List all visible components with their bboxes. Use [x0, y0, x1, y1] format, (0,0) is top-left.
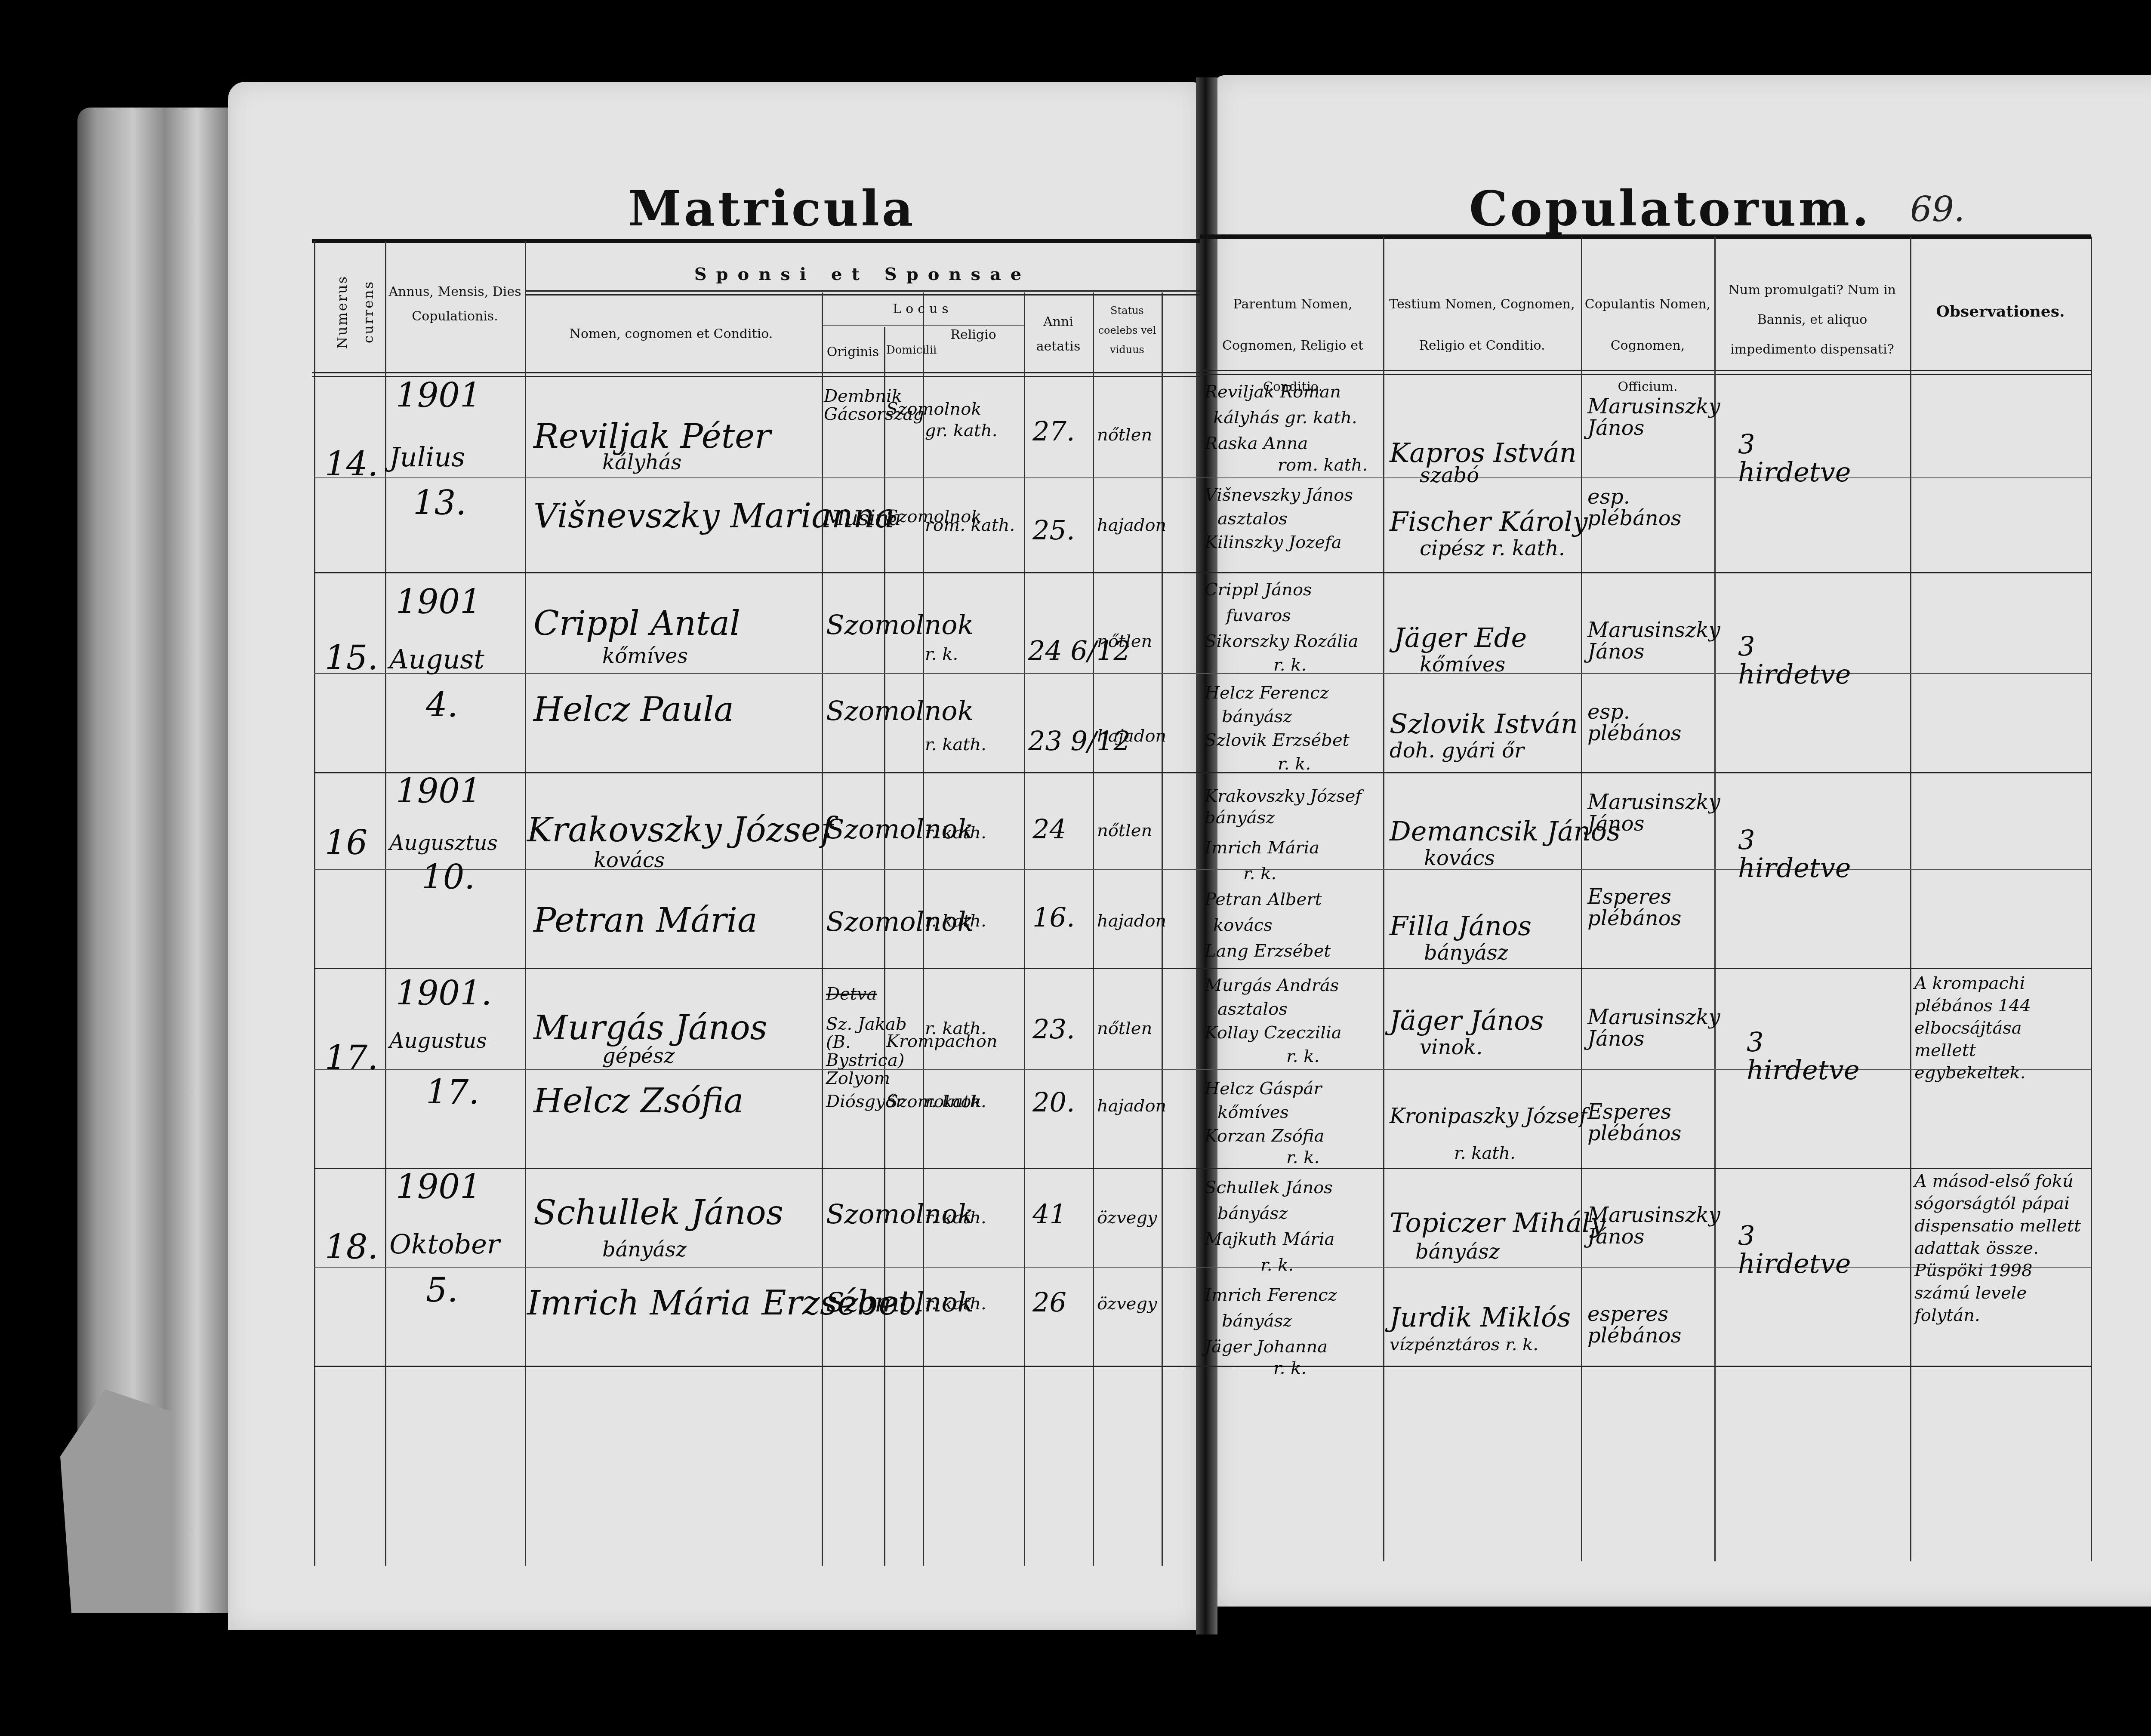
- groom-religion: gr. kath.: [925, 422, 997, 440]
- header-banns: Num promulgati? Num in Bannis, et aliquo…: [1716, 275, 1908, 364]
- witness-2: Szlovik István: [1390, 710, 1578, 738]
- entry-number: 18.: [325, 1230, 378, 1265]
- witness-1-condition: szabó: [1420, 465, 1479, 486]
- register-title-right: Copulatorum.: [1469, 181, 1871, 237]
- bride-father: Petran Albert: [1205, 890, 1322, 908]
- entry-number: 16: [325, 826, 367, 861]
- witness-2-condition: r. kath.: [1454, 1144, 1516, 1162]
- bride-father: Višnevszky János: [1205, 486, 1353, 504]
- entry-day: 10.: [422, 860, 475, 896]
- bride-name: Helcz Paula: [533, 693, 734, 728]
- groom-origin: Sz. Jakab (B. Bystrica) Zolyom: [826, 1015, 921, 1087]
- groom-father-condition: asztalos: [1217, 1000, 1288, 1018]
- groom-religion: r. kath.: [925, 1209, 986, 1227]
- banns-status: 3 hirdetve: [1738, 826, 1850, 882]
- witness-2: Kronipaszky József: [1390, 1105, 1587, 1127]
- groom-mother: Raska Anna: [1205, 434, 1308, 452]
- groom-occupation: bányász: [602, 1239, 687, 1260]
- entry-number: 15.: [325, 641, 378, 676]
- officiant-office: esp. plébános: [1587, 701, 1712, 745]
- witness-1: Kapros István: [1390, 439, 1577, 467]
- groom-domicile: Krompachon: [886, 1032, 923, 1050]
- bride-religion: r. kath.: [925, 912, 986, 930]
- bride-status: hajadon: [1097, 516, 1166, 534]
- col-line: [1383, 237, 1384, 1561]
- bride-religion: rom. kath.: [925, 516, 1015, 534]
- banns-status: 3 hirdetve: [1747, 1028, 1850, 1084]
- col-line: [1024, 292, 1025, 1566]
- officiant-name: Marusinszky János: [1587, 1204, 1712, 1248]
- header-officiant: Copulantis Nomen, Cognomen, Officium.: [1583, 284, 1712, 408]
- officiant-name: Marusinszky János: [1587, 1007, 1712, 1050]
- entry-number: 17.: [325, 1041, 378, 1076]
- header-numerus: Numerus currens: [329, 254, 382, 370]
- entry-year: 1901: [396, 1170, 481, 1205]
- entry-day: 17.: [426, 1075, 479, 1111]
- groom-father-condition: bányász: [1205, 809, 1275, 827]
- witness-1-condition: bányász: [1415, 1241, 1500, 1262]
- bride-religion: r. kath.: [925, 1093, 986, 1111]
- groom-father: Reviljak Roman: [1205, 383, 1341, 401]
- header-origin: Originis: [822, 340, 884, 364]
- groom-mother: Majkuth Mária: [1205, 1230, 1334, 1248]
- bride-domicile: Szomolnok: [886, 508, 923, 526]
- entry-day: 5.: [426, 1273, 458, 1308]
- groom-occupation: kőmíves: [602, 645, 688, 667]
- observation-note: A krompachi plébános 144 elbocsájtása me…: [1914, 972, 2086, 1084]
- groom-age: 27.: [1032, 417, 1075, 445]
- groom-mother-religion: r. k.: [1273, 656, 1307, 674]
- witness-2-condition: cipész r. kath.: [1420, 538, 1565, 559]
- witness-2: Fischer Károly: [1390, 508, 1587, 536]
- groom-name: Reviljak Péter: [533, 419, 771, 455]
- header-date: Annus, Mensis, Dies Copulationis.: [387, 280, 523, 329]
- bride-mother: Jäger Johanna: [1205, 1338, 1328, 1356]
- bride-mother: Szlovik Erzsébet: [1205, 731, 1350, 749]
- bride-father: Imrich Ferencz: [1205, 1286, 1337, 1304]
- officiant-name: Marusinszky János: [1587, 396, 1712, 439]
- bride-domicile: Szomolnok: [886, 1093, 923, 1111]
- bride-status: hajadon: [1097, 1097, 1166, 1115]
- entry-year: 1901: [396, 379, 481, 414]
- groom-religion: r. k.: [925, 645, 958, 663]
- col-line: [385, 241, 386, 1566]
- witness-1: Topiczer Mihály: [1390, 1209, 1606, 1237]
- entry-divider: [314, 572, 2091, 573]
- bride-father-condition: asztalos: [1217, 510, 1288, 528]
- header-name: Nomen, cognomen et Conditio.: [559, 310, 783, 359]
- officiant-office: Esperes plébános: [1587, 886, 1712, 930]
- entry-day: 4.: [426, 688, 458, 723]
- entry-divider: [314, 1366, 2091, 1367]
- col-line: [525, 241, 526, 1566]
- col-line: [1714, 237, 1716, 1561]
- bride-mother: Lang Erzsébet: [1205, 942, 1331, 960]
- entry-year: 1901: [396, 774, 481, 810]
- officiant-name: Marusinszky János: [1587, 791, 1712, 835]
- groom-mother: Kollay Czeczilia: [1205, 1024, 1342, 1042]
- groom-mother: Imrich Mária: [1205, 839, 1319, 857]
- banns-status: 3 hirdetve: [1738, 632, 1850, 688]
- groom-origin: Dembnik Gácsország: [824, 387, 884, 423]
- witness-2: Filla János: [1390, 912, 1532, 940]
- header-locus: Locus: [822, 297, 1024, 321]
- header-witnesses: Testium Nomen, Cognomen, Religio et Cond…: [1385, 284, 1579, 366]
- officiant-office: esp. plébános: [1587, 486, 1712, 529]
- entry-day: 13.: [413, 486, 466, 521]
- entry-month: Augustus: [389, 1030, 487, 1052]
- col-line: [822, 292, 823, 1566]
- witness-2-condition: bányász: [1424, 942, 1508, 963]
- entry-month: Julius: [389, 443, 465, 471]
- groom-origin: Szomolnok: [826, 611, 974, 639]
- bride-father: Helcz Ferencz: [1205, 684, 1329, 702]
- groom-father-condition: fuvaros: [1226, 606, 1291, 625]
- col-line: [1093, 292, 1094, 1566]
- bride-mother-religion: r. k.: [1286, 1148, 1319, 1167]
- witness-2-condition: doh. gyári őr: [1390, 740, 1524, 761]
- table-top-rule-right: [1200, 234, 2091, 239]
- bride-father-condition: kovács: [1213, 916, 1273, 934]
- header-bottom-rule-left: [312, 372, 1200, 373]
- bride-mother: Korzan Zsófia: [1205, 1127, 1324, 1145]
- groom-father-condition: kályhás gr. kath.: [1213, 409, 1357, 427]
- groom-occupation: kovács: [594, 850, 665, 871]
- groom-father: Murgás András: [1205, 976, 1339, 994]
- groom-status: nőtlen: [1097, 632, 1152, 650]
- groom-father-condition: bányász: [1217, 1204, 1288, 1222]
- bride-father-condition: bányász: [1222, 708, 1292, 726]
- register-title-left: Matricula: [628, 181, 916, 237]
- witness-1: Demancsik János: [1390, 817, 1621, 845]
- groom-name: Schullek János: [533, 1196, 783, 1231]
- groom-mother-religion: r. k.: [1260, 1256, 1294, 1274]
- witness-1-condition: kőmíves: [1420, 654, 1505, 675]
- witness-1: Jäger János: [1390, 1007, 1544, 1034]
- groom-father: Krakovszky József: [1205, 787, 1362, 805]
- col-line: [1581, 237, 1582, 1561]
- banns-status: 3 hirdetve: [1738, 1222, 1850, 1277]
- bride-father: Helcz Gáspár: [1205, 1080, 1322, 1098]
- groom-age: 24: [1032, 815, 1066, 843]
- bride-father-condition: kőmíves: [1217, 1103, 1289, 1121]
- entry-divider: [314, 968, 2091, 969]
- officiant-office: esperes plébános: [1587, 1303, 1712, 1347]
- entry-month: Oktober: [389, 1230, 500, 1258]
- book-left-edge: [77, 108, 237, 1613]
- header-observations: Observationes.: [1912, 297, 2089, 326]
- entry-year: 1901.: [396, 976, 492, 1012]
- header-religion: Religio: [923, 323, 1024, 347]
- bride-age: 20.: [1032, 1088, 1075, 1116]
- witness-1: Jäger Ede: [1394, 624, 1527, 652]
- bride-age: 26: [1032, 1288, 1066, 1316]
- col-line: [1910, 237, 1911, 1561]
- groom-occupation: kályhás: [602, 452, 681, 473]
- witness-1-condition: vinok.: [1420, 1037, 1483, 1058]
- col-line: [2091, 237, 2092, 1561]
- header-status: Status coelebs vel viduus: [1095, 301, 1159, 360]
- bride-status: özvegy: [1097, 1295, 1157, 1313]
- groom-father: Schullek János: [1205, 1179, 1333, 1197]
- bride-religion: r. kath.: [925, 736, 986, 754]
- groom-status: nőtlen: [1097, 822, 1152, 840]
- groom-mother-religion: r. k.: [1243, 865, 1276, 883]
- entry-month: August: [389, 645, 484, 673]
- bride-status: hajadon: [1097, 727, 1166, 745]
- entry-month: Augusztus: [389, 832, 498, 854]
- groom-name: Krakovszky József: [527, 813, 833, 848]
- table-top-rule-left: [312, 239, 1200, 243]
- groom-name: Murgás János: [533, 1011, 767, 1046]
- witness-2: Jurdik Miklós: [1390, 1303, 1571, 1331]
- col-line: [314, 241, 315, 1566]
- groom-mother: Sikorszky Rozália: [1205, 632, 1358, 650]
- bride-status: hajadon: [1097, 912, 1166, 930]
- groom-age: 23.: [1032, 1015, 1075, 1043]
- officiant-name: Marusinszky János: [1587, 619, 1712, 663]
- bride-mother-religion: r. k.: [1273, 1359, 1307, 1377]
- groom-origin-struck: Detva: [826, 985, 877, 1003]
- bride-age: 16.: [1032, 903, 1075, 931]
- bride-religion: r. kath.: [925, 1295, 986, 1313]
- groom-status: özvegy: [1097, 1209, 1157, 1227]
- groom-mother-religion: rom. kath.: [1278, 456, 1368, 474]
- entry-divider: [314, 772, 2091, 773]
- bride-mother: Kilinszky Jozefa: [1205, 533, 1342, 551]
- header-domicile: Domicilii: [886, 340, 923, 361]
- bride-origin: Szomolnok: [826, 697, 974, 725]
- header-sponsi: Sponsi et Sponsae: [527, 258, 1198, 291]
- groom-mother-religion: r. k.: [1286, 1047, 1319, 1065]
- officiant-office: Esperes plébános: [1587, 1101, 1712, 1145]
- groom-occupation: gépész: [602, 1045, 675, 1067]
- page-number: 69.: [1910, 189, 1965, 229]
- entry-year: 1901: [396, 585, 481, 620]
- entry-number: 14.: [325, 447, 378, 483]
- torn-corner: [60, 1389, 172, 1613]
- groom-religion: r. kath.: [925, 1019, 986, 1037]
- groom-domicile: Szomolnok: [886, 400, 923, 418]
- groom-name: Crippl Antal: [533, 606, 740, 642]
- witness-1-condition: kovács: [1424, 847, 1495, 869]
- banns-status: 3 hirdetve: [1738, 430, 1850, 486]
- groom-father: Crippl János: [1205, 581, 1312, 599]
- bride-name: Petran Mária: [533, 903, 757, 939]
- bride-name: Helcz Zsófia: [533, 1084, 743, 1119]
- bride-age: 25.: [1032, 516, 1075, 544]
- groom-status: nőtlen: [1097, 1019, 1152, 1037]
- entry-divider: [314, 1168, 2091, 1169]
- witness-2-condition: vízpénztáros r. k.: [1390, 1336, 1538, 1354]
- groom-age: 41: [1032, 1200, 1066, 1228]
- bride-father-condition: bányász: [1222, 1312, 1292, 1330]
- header-age: Anni aetatis: [1026, 310, 1091, 359]
- bride-mother-religion: r. k.: [1278, 755, 1311, 773]
- groom-religion: r. kath.: [925, 824, 986, 842]
- observation-note: A másod-első fokú sógorságtól pápai disp…: [1914, 1170, 2086, 1327]
- groom-status: nőtlen: [1097, 426, 1152, 444]
